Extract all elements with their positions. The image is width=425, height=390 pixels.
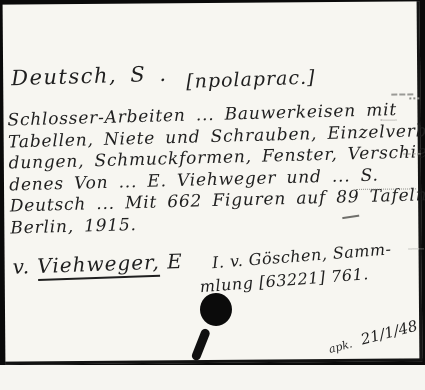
annotation-initials: apk.	[327, 337, 353, 356]
scan-artifact-dash	[409, 248, 424, 249]
author-heading: Deutsch, S .	[11, 62, 168, 90]
annotation-date: 21/1/48	[359, 317, 419, 349]
date-annotation: apk. 21/1/48	[326, 317, 419, 357]
scanned-catalog-card-image: Deutsch, S . [npolaprac.] Schlosser-Arbe…	[0, 0, 425, 390]
scanner-strip-below-card	[0, 365, 425, 390]
series-note: I. v. Göschen, Samm- mlung [63221] 761.	[211, 237, 394, 297]
cross-reference: v. Viehweger, E	[12, 249, 183, 279]
hole-punch-mark	[200, 293, 232, 326]
cross-reference-prefix: v.	[12, 254, 30, 279]
title-statement: Schlosser-Arbeiten ... Bauwerkeisen mit …	[7, 100, 418, 240]
scan-artifact-dash	[391, 93, 413, 95]
scan-artifact-dash	[403, 153, 421, 154]
classification-code: [npolaprac.]	[186, 67, 316, 93]
catalog-card: Deutsch, S . [npolaprac.] Schlosser-Arbe…	[3, 1, 423, 364]
scan-artifact-dash	[409, 97, 419, 99]
cross-reference-suffix: E	[167, 249, 183, 274]
cross-reference-name: Viehweger,	[37, 250, 160, 281]
punch-tear-mark	[191, 328, 211, 362]
scan-artifact-dash	[381, 120, 397, 121]
